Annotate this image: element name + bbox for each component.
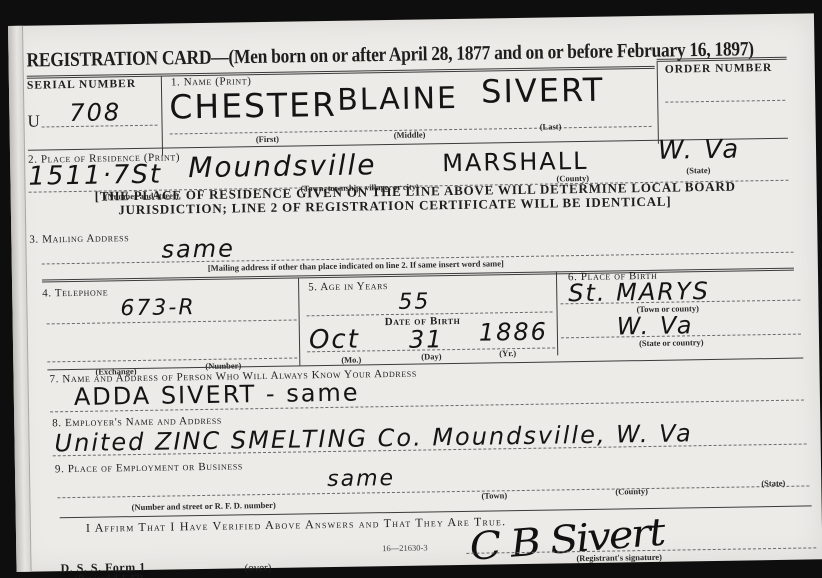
serial-number-label: SERIAL NUMBER <box>27 78 136 92</box>
dob-month-label: (Mo.) <box>341 354 361 364</box>
mailing-address-value: same <box>161 234 235 263</box>
form-over: (over) <box>244 562 271 574</box>
telephone-divider <box>298 277 300 365</box>
telephone-label: 4. Telephone <box>42 286 108 299</box>
name-first-label: (First) <box>256 134 279 144</box>
serial-prefix: U <box>27 112 40 132</box>
serial-number-value: 708 <box>69 98 121 127</box>
serial-divider <box>161 76 163 156</box>
name-middle-label: (Middle) <box>394 129 426 139</box>
employment-county-label: (County) <box>615 486 648 497</box>
contact-person-value: ADDA SIVERT - same <box>74 379 360 411</box>
residence-state-label: (State) <box>686 165 710 175</box>
affirmation-text: I Affirm That I Have Verified Above Answ… <box>86 514 507 536</box>
dob-divider <box>556 271 558 355</box>
telephone-value: 673-R <box>120 295 196 321</box>
registration-card: REGISTRATION CARD—(Men born on or after … <box>8 13 822 572</box>
form-revision: (Revised 4-1-42) <box>75 573 143 578</box>
card-stack-edge <box>8 26 32 572</box>
telephone-exchange-line <box>47 357 297 362</box>
order-divider <box>657 62 659 144</box>
birthplace-state-label: (State or country) <box>639 337 704 348</box>
form-print-code: 16—21630-3 <box>382 542 427 553</box>
order-number-line <box>665 100 785 103</box>
name-first: CHESTER <box>169 85 337 127</box>
order-number-label: ORDER NUMBER <box>665 62 773 76</box>
residence-town: Moundsville <box>188 148 377 184</box>
employment-street-label: (Number and street or R. F. D. number) <box>131 500 275 512</box>
employment-place-line <box>57 485 809 498</box>
employment-town-label: (Town) <box>481 490 507 500</box>
dob-year: 1886 <box>479 318 549 347</box>
residence-street: 1511·7St <box>28 160 162 192</box>
residence-state: W. Va <box>658 135 741 166</box>
name-middle: BLAINE <box>337 81 458 118</box>
signature-label: (Registrant's signature) <box>576 552 662 563</box>
dob-year-label: (Yr.) <box>499 348 516 358</box>
name-last-label: (Last) <box>540 121 562 131</box>
mailing-address-label: 3. Mailing Address <box>29 232 129 246</box>
dob-day-label: (Day) <box>421 351 441 361</box>
age-value: 55 <box>398 289 430 314</box>
employment-place-value: same <box>327 466 395 492</box>
employment-place-label: 9. Place of Employment or Business <box>55 460 243 475</box>
employment-state-label: (State) <box>761 478 785 488</box>
age-label: 5. Age in Years <box>308 280 388 293</box>
name-last: SIVERT <box>481 71 605 111</box>
